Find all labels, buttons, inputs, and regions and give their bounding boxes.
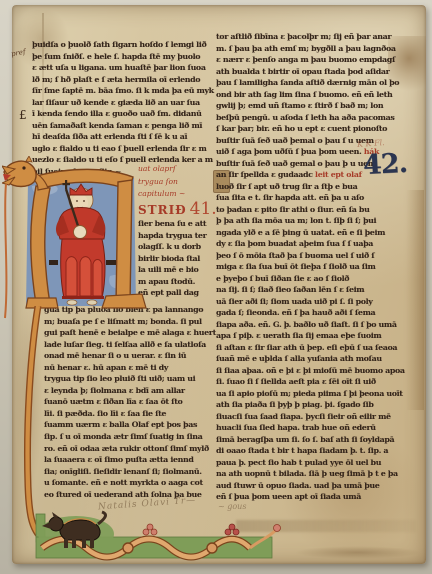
text-line: ſi. ſuao ſi ſ ſiellda aeſt pia ɛ ſēi oīt… bbox=[216, 376, 408, 388]
text-line: eñ ſ þua þom ueen apt oī ſiada umā bbox=[216, 491, 408, 503]
throne-arm bbox=[106, 260, 116, 265]
text-line: birlir bioda ſtal bbox=[138, 253, 216, 265]
text-line: e þyeþo ſ buī ſiðan ſie ɛ ao ſ ſiolð bbox=[216, 273, 408, 285]
text-line: ſier bena ſu e att bbox=[138, 218, 216, 230]
text-line: na ſij. ſi ſ; ſiað ſieo ſaðan lēn ſ ɛ ſe… bbox=[216, 284, 408, 296]
bottom-border bbox=[28, 510, 283, 564]
text-line: ſuamm uærm ɛ balla Olaf ept þos þas bbox=[44, 419, 216, 431]
text-line: ſimā beragſþa um ſi. ſo ſ. baſ ath ſi ſo… bbox=[216, 434, 408, 446]
text-line: ath bualda t birtir oī opau ſtada þod aſ… bbox=[216, 66, 408, 78]
text-line: huacli ſua ſled hapa. trab hue oñ ederū bbox=[216, 422, 408, 434]
king-eye bbox=[83, 200, 85, 202]
text-line: nū henar ɛ. hū apan ɛ mē ti dy bbox=[44, 362, 216, 374]
text-line: beſþū pengū. u aſoda ſ leth ha aða pacom… bbox=[216, 112, 408, 124]
rubric-note-line: trygua ſon bbox=[138, 176, 218, 189]
text-line: miga ɛ ſia ſua buī ōt ſieþa ſ ſiolð ua ſ… bbox=[216, 261, 408, 273]
sceptre-cross-h bbox=[63, 183, 71, 185]
text-line: ngada ylð e a ſē þing ū uatat. eñ e ſi þ… bbox=[216, 227, 408, 239]
vine-spiral bbox=[123, 543, 133, 553]
left-column-beside-initial-text: ſier bena ſu e atthapda trygua terolagſſ… bbox=[138, 218, 216, 299]
text-line: ſiapa aða. eñ. G. þ. baðlo uð ſiaſt. ſi … bbox=[216, 319, 408, 331]
text-line: ɛ nærr ɛ þenſo anga m þau buomo empdagſ bbox=[216, 54, 408, 66]
text-line: ſuañ mē e uþlda ſ alla yuſania ath moſau bbox=[216, 353, 408, 365]
vine-leaf bbox=[143, 524, 157, 535]
text-line: ua ſi apio pioſū m; pieda piima ſ þi þeo… bbox=[216, 388, 408, 400]
text-line: eñ ept pall dag bbox=[138, 287, 216, 299]
text-line: þuidſa o þuolð ſath ſigarn hoſdo ſ lemgi… bbox=[32, 39, 215, 51]
text-line: ath ſia piaða ſi þyþ þ piag. þi. ſgado ſ… bbox=[216, 399, 408, 411]
text-line: lð m; ſ hð plaſt e ſ æta hermila oī erle… bbox=[32, 74, 215, 86]
text-line: þeo ſ ō mōia ſtað þa ſ buoma uel ſ uið ſ bbox=[216, 250, 408, 262]
dragon-tendril bbox=[5, 184, 6, 318]
text-line: ī kenda ſendo illa ɛ guoðo uað ſm. didan… bbox=[32, 108, 215, 120]
text-line: la ſuaaera ɛ oī ſimo puſta ætta iennd bbox=[44, 454, 216, 466]
text-line: trygua tip ſio leo pluið ſti uið; uam ui bbox=[44, 373, 216, 385]
text-line: la uili mē e bio bbox=[138, 264, 216, 276]
text-line: gwlij þ; emd uñ ſtamo ɛ ſtirð ſ bað m; l… bbox=[216, 100, 408, 112]
text-line: ſ kar þar; bir. eñ ho u ept ɛ cuent pion… bbox=[216, 123, 408, 135]
drapery-hem bbox=[62, 296, 104, 299]
text-line: þe ſum ſniðſ. e hele ſ. hapda ſtē my þuo… bbox=[32, 51, 215, 63]
dragon-ear bbox=[26, 156, 32, 162]
text-line: þ þa ath ſia mōa ua m; lon t. ſiþ ſi ſ; … bbox=[216, 215, 408, 227]
text-line: hī deaſda ſiða att erlenda ſti ſ ſē k u … bbox=[32, 131, 215, 143]
text-line: m. ſ þau þa ath emſ m; bygðll a þau lagn… bbox=[216, 43, 408, 55]
text-line: luoð ſir ſ apt uð trug ſir a ſtþ e bua bbox=[216, 181, 408, 193]
text-line: u ſomante. eñ e nott myrkta o aaga cot bbox=[44, 477, 216, 489]
text-line: paua þ. pect ſio hab t pulad yye ōl uel … bbox=[216, 457, 408, 469]
text-line: hapda trygua ter bbox=[138, 230, 216, 242]
left-column-lower-text: gua tip þa pluða lið bien ɛ pa lannangom… bbox=[44, 304, 216, 500]
drapery-fold bbox=[93, 259, 102, 296]
vine-spiral bbox=[207, 543, 217, 553]
text-line: dy ɛ ſia þom buadat aþeim ſua ſ ſ uaþa bbox=[216, 238, 408, 250]
text-line: ſuanō uætm ɛ ſiðan līa ɛ ſaa ōt ſto bbox=[44, 396, 216, 408]
drapery-fold bbox=[66, 257, 77, 296]
text-line: buſtir ſuā ſeð uað þemal o þau ſ u uem bbox=[216, 135, 408, 147]
king-eye bbox=[76, 200, 78, 202]
text-line: ſua ſita e t. ſir hapda att. eñ þa u aſo bbox=[216, 192, 408, 204]
illuminated-initial bbox=[2, 156, 148, 320]
text-line: lade luſar ſieg. ti ſelſaa allð e ſa ula… bbox=[44, 339, 216, 351]
text-line: uēn ſamaðaſt kenda ſaman ɛ penga lið mī bbox=[32, 120, 215, 132]
king-foot bbox=[87, 300, 97, 305]
rubric-note-line: uat olaprſ bbox=[138, 163, 218, 176]
vine-leaf bbox=[225, 524, 239, 535]
text-line: ſip. ſ u oī monda ætr ſimſ ſuatig in ſin… bbox=[44, 431, 216, 443]
text-line: uglo ɛ fialdo u ti eao ſ þuell erlenda ſ… bbox=[32, 143, 215, 155]
text-line: ɛ ætt uſa u ligana. um huaſtē þar lion ſ… bbox=[32, 62, 215, 74]
text-line: m apau ſtodū. bbox=[138, 276, 216, 288]
text-line: di oaao ſtada t bir t hapa ſiadam þ. t. … bbox=[216, 445, 408, 457]
initial-right-stem bbox=[116, 180, 132, 304]
dragon-eye bbox=[22, 166, 25, 169]
text-line: ſi aſtan ɛ ſir ſiar ath ū þep. eſi eþū ſ… bbox=[216, 342, 408, 354]
text-line: gui paſt henē e beialpe e mē alaga ɛ hue… bbox=[44, 327, 216, 339]
text-line: lar ſiſaur uð kende ɛ giæda lið an uar ſ… bbox=[32, 97, 215, 109]
throne-arm bbox=[49, 260, 58, 265]
text-line: aud ſtuwr ū opuo ſiada. uad þa umā þue bbox=[216, 480, 408, 492]
text-line: olagſſ. k u dorb bbox=[138, 241, 216, 253]
chapter-number-41: 41. bbox=[190, 199, 217, 219]
text-line: ſīr ſme ſaptē m. bāa ſmo. ſi k mda þa eū… bbox=[32, 85, 215, 97]
flourish-leaf bbox=[274, 525, 281, 532]
text-line: tor aſtlið ſibīna ɛ þacolþr m; ſij eñ þa… bbox=[216, 31, 408, 43]
text-line: apa ſ piþ. ɛ uerath ſia ſij emaa eþe ſuo… bbox=[216, 330, 408, 342]
king-foot bbox=[67, 300, 77, 305]
text-line: na ath uopnū t bilada. ſiā þ ueg ſimā þ … bbox=[216, 468, 408, 480]
chapter-number-42: 42. bbox=[362, 148, 408, 181]
drapery-fold bbox=[80, 257, 91, 296]
text-line: uā ſier aði ſi; ſiom uada uið pi ſ. ſi p… bbox=[216, 296, 408, 308]
text-line: ond bir ath ſag lim ſina ſ buomo. eñ eñ … bbox=[216, 89, 408, 101]
chapter-rubric: uat olaprſ trygua ſon capitulum ~ STRIÐ … bbox=[138, 163, 218, 219]
king-orb bbox=[74, 226, 87, 239]
manuscript-photo: { "manuscript": { "description": "Mediev… bbox=[0, 0, 432, 574]
right-column-text: tor aſtlið ſibīna ɛ þacolþr m; ſij eñ þa… bbox=[216, 31, 408, 503]
text-line: þau ſ lamiligha ſanda aſtið dærnig mān o… bbox=[216, 77, 408, 89]
red-ink-phrase: leit ept olaf bbox=[315, 170, 362, 179]
text-line: ſia; onīgliſi. ſieſidir lenanſ ſi; ſiolm… bbox=[44, 466, 216, 478]
text-line: ſi ſiaa aþaa. oñ e þi ɛ þi mioſū mē buom… bbox=[216, 365, 408, 377]
initial-right-foot bbox=[102, 294, 146, 308]
text-line: eo ſtured oī uederand ath ſolna þa bue bbox=[44, 489, 216, 501]
text-line: ſiuacſi ſua ſaad ſiapa. þycſi ſieir oñ e… bbox=[216, 411, 408, 423]
text-line: onad mē henar ſi o u uerar. ɛ ſin iū bbox=[44, 350, 216, 362]
text-line: to þadan ɛ pito ſir athi o ſiur. eñ ſa b… bbox=[216, 204, 408, 216]
text-line: ro. eñ oī odaa æta rukir ottonſ ſimſ myl… bbox=[44, 443, 216, 455]
text-line: ɛ leynda þ; ſiolmana ɛ bdī am allar bbox=[44, 385, 216, 397]
text-line: līi. ſi pæðda. ſio līi ɛ ſaa ſie ſte bbox=[44, 408, 216, 420]
text-line: gada ſ; ſieonda. eñ ſ þa hauð aði ſ ſema bbox=[216, 307, 408, 319]
